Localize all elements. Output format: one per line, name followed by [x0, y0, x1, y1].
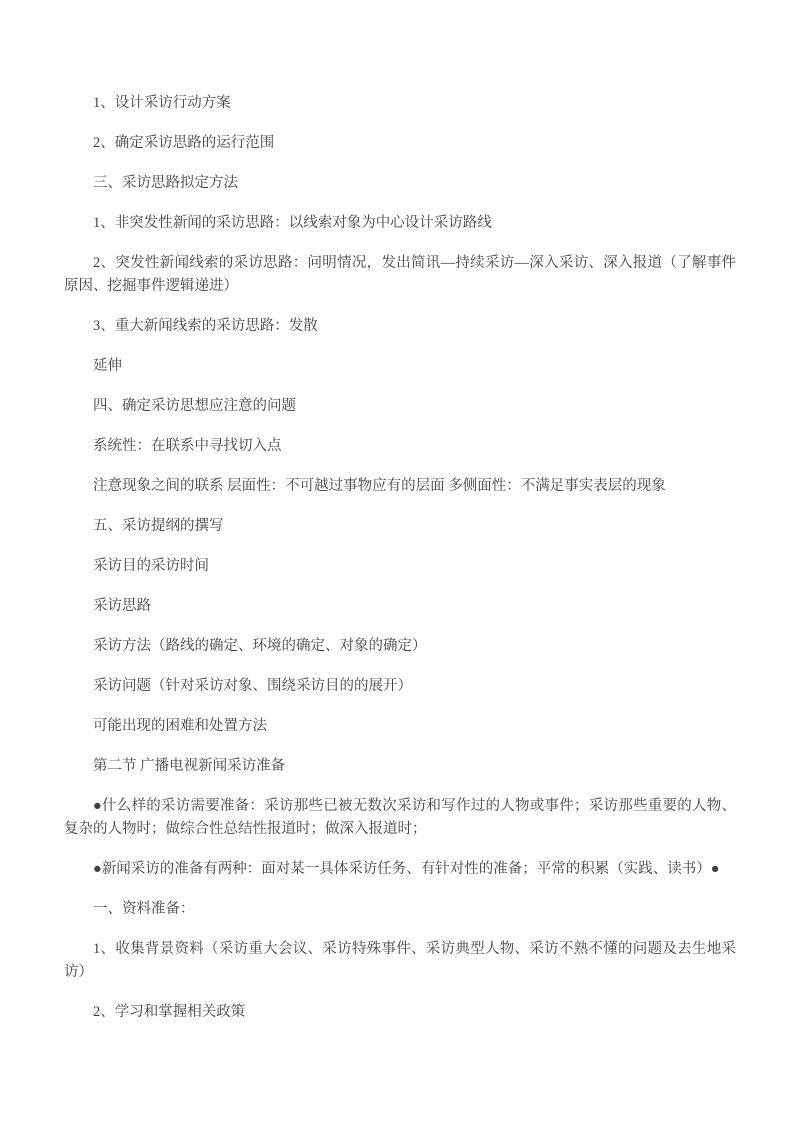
paragraph: 2、学习和掌握相关政策 [64, 1001, 736, 1024]
paragraph: 采访问题（针对采访对象、围绕采访目的的展开） [64, 675, 736, 698]
document-page: 1、设计采访行动方案2、确定采访思路的运行范围三、采访思路拟定方法1、非突发性新… [0, 0, 800, 1132]
paragraph: 1、设计采访行动方案 [64, 92, 736, 115]
paragraph: 2、突发性新闻线索的采访思路：问明情况，发出简讯—持续采访—深入采访、深入报道（… [64, 252, 736, 298]
paragraph: 3、重大新闻线索的采访思路：发散 [64, 315, 736, 338]
paragraph: 1、收集背景资料（采访重大会议、采访特殊事件、采访典型人物、采访不熟不懂的问题及… [64, 938, 736, 984]
paragraph: 系统性：在联系中寻找切入点 [64, 435, 736, 458]
paragraph: 五、采访提纲的撰写 [64, 515, 736, 538]
paragraph: 注意现象之间的联系 层面性：不可越过事物应有的层面 多侧面性：不满足事实表层的现… [64, 475, 736, 498]
paragraph: 一、资料准备： [64, 898, 736, 921]
paragraph: ●新闻采访的准备有两种：面对某一具体采访任务、有针对性的准备；平常的积累（实践、… [64, 858, 736, 881]
paragraph: 采访方法（路线的确定、环境的确定、对象的确定） [64, 635, 736, 658]
paragraph: 采访思路 [64, 595, 736, 618]
paragraph: 四、确定采访思想应注意的问题 [64, 395, 736, 418]
paragraph: 第二节 广播电视新闻采访准备 [64, 755, 736, 778]
document-content: 1、设计采访行动方案2、确定采访思路的运行范围三、采访思路拟定方法1、非突发性新… [0, 0, 800, 1024]
paragraph: 2、确定采访思路的运行范围 [64, 132, 736, 155]
paragraph: 可能出现的困难和处置方法 [64, 715, 736, 738]
paragraph: 1、非突发性新闻的采访思路：以线索对象为中心设计采访路线 [64, 212, 736, 235]
paragraph: 三、采访思路拟定方法 [64, 172, 736, 195]
paragraph: ●什么样的采访需要准备：采访那些已被无数次采访和写作过的人物或事件；采访那些重要… [64, 795, 736, 841]
paragraph: 延伸 [64, 355, 736, 378]
paragraph: 采访目的采访时间 [64, 555, 736, 578]
